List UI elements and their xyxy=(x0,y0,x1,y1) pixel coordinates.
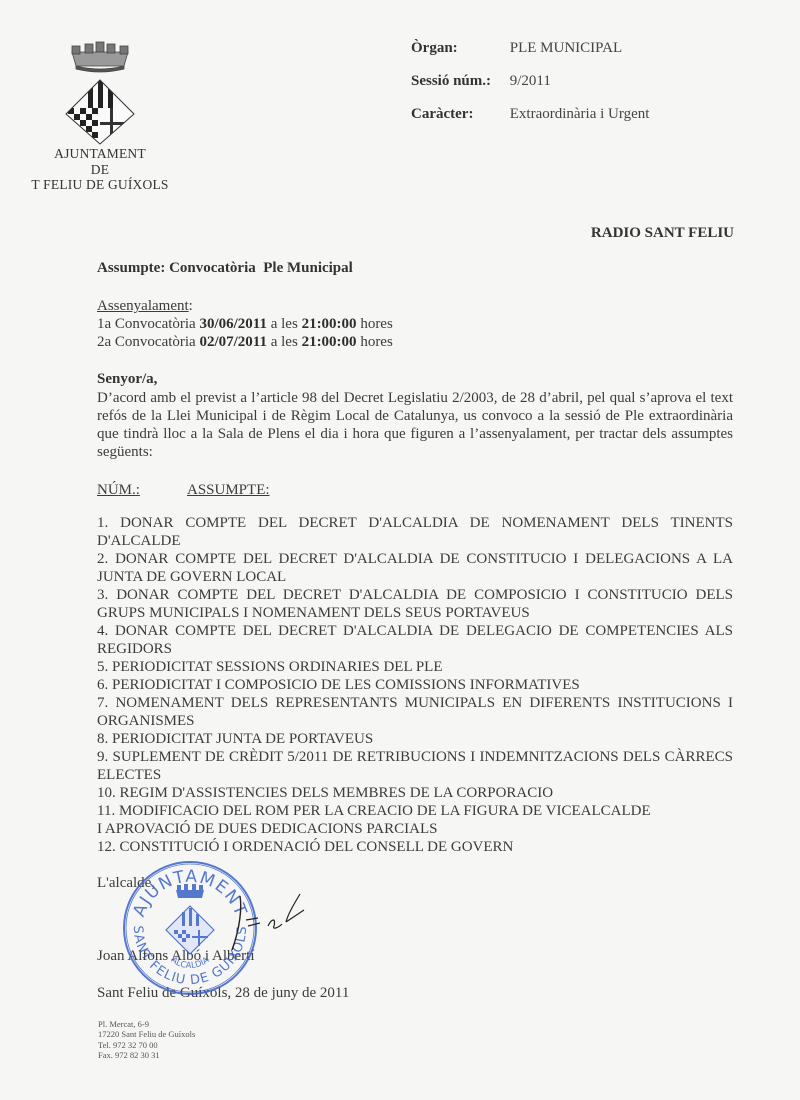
first-call-date: 30/06/2011 xyxy=(199,316,267,332)
session-row: Sessió núm.: 9/2011 xyxy=(411,71,649,104)
municipal-coat-of-arms-icon xyxy=(58,40,142,145)
agenda-col-num: NÚM.: xyxy=(97,482,140,498)
agenda-item: 9. SUPLEMENT DE CRÈDIT 5/2011 DE RETRIBU… xyxy=(97,748,733,784)
greeting: Senyor/a, xyxy=(97,371,157,388)
footer-address: Pl. Mercat, 6-9 17220 Sant Feliu de Guíx… xyxy=(98,1019,195,1060)
agenda-item: 11. MODIFICACIO DEL ROM PER LA CREACIO D… xyxy=(97,802,733,820)
scheduling-heading: Assenyalament: xyxy=(97,297,393,315)
agenda-item: 6. PERIODICITAT I COMPOSICIO DE LES COMI… xyxy=(97,676,733,694)
second-call: 2a Convocatòria 02/07/2011 a les 21:00:0… xyxy=(97,333,393,351)
agenda-item: 7. NOMENAMENT DELS REPRESENTANTS MUNICIP… xyxy=(97,694,733,730)
agenda-item: 3. DONAR COMPTE DEL DECRET D'ALCALDIA DE… xyxy=(97,586,733,622)
agenda-item: 12. CONSTITUCIÓ I ORDENACIÓ DEL CONSELL … xyxy=(97,838,733,856)
agenda-col-subject: ASSUMPTE: xyxy=(187,482,270,499)
second-call-date: 02/07/2011 xyxy=(199,334,267,350)
municipality-line: DE xyxy=(30,162,170,178)
subject-line: Assumpte: Convocatòria Ple Municipal xyxy=(97,260,353,277)
first-call-time: 21:00:00 xyxy=(302,316,357,332)
agenda-item-continuation: I APROVACIÓ DE DUES DEDICACIONS PARCIALS xyxy=(97,820,733,838)
character-row: Caràcter: Extraordinària i Urgent xyxy=(411,104,649,137)
character-label: Caràcter: xyxy=(411,104,506,124)
session-value: 9/2011 xyxy=(510,73,551,89)
agenda-item: 4. DONAR COMPTE DEL DECRET D'ALCALDIA DE… xyxy=(97,622,733,658)
character-value: Extraordinària i Urgent xyxy=(510,106,650,122)
body-paragraph: D’acord amb el previst a l’article 98 de… xyxy=(97,389,733,461)
municipality-line: T FELIU DE GUÍXOLS xyxy=(30,177,170,193)
agenda-item: 1. DONAR COMPTE DEL DECRET D'ALCALDIA DE… xyxy=(97,514,733,550)
agenda-item: 5. PERIODICITAT SESSIONS ORDINARIES DEL … xyxy=(97,658,733,676)
agenda-header: NÚM.: ASSUMPTE: xyxy=(97,482,140,499)
footer-line: Tel. 972 32 70 00 xyxy=(98,1040,195,1050)
svg-text:ALCALDIA: ALCALDIA xyxy=(169,955,211,971)
agenda-item: 10. REGIM D'ASSISTENCIES DELS MEMBRES DE… xyxy=(97,784,733,802)
agenda-list: 1. DONAR COMPTE DEL DECRET D'ALCALDIA DE… xyxy=(97,514,733,856)
organ-value: PLE MUNICIPAL xyxy=(510,40,622,56)
session-metadata: Òrgan: PLE MUNICIPAL Sessió núm.: 9/2011… xyxy=(411,38,649,137)
scheduling: Assenyalament: 1a Convocatòria 30/06/201… xyxy=(97,297,393,351)
municipality-name: AJUNTAMENT DE T FELIU DE GUÍXOLS xyxy=(30,146,170,193)
organ-label: Òrgan: xyxy=(411,38,506,58)
recipient: RADIO SANT FELIU xyxy=(591,225,734,242)
footer-line: Fax. 972 82 30 31 xyxy=(98,1050,195,1060)
organ-row: Òrgan: PLE MUNICIPAL xyxy=(411,38,649,71)
agenda-item: 8. PERIODICITAT JUNTA DE PORTAVEUS xyxy=(97,730,733,748)
first-call: 1a Convocatòria 30/06/2011 a les 21:00:0… xyxy=(97,315,393,333)
session-label: Sessió núm.: xyxy=(411,71,506,91)
second-call-time: 21:00:00 xyxy=(302,334,357,350)
municipality-line: AJUNTAMENT xyxy=(30,146,170,162)
footer-line: Pl. Mercat, 6-9 xyxy=(98,1019,195,1029)
agenda-item: 2. DONAR COMPTE DEL DECRET D'ALCALDIA DE… xyxy=(97,550,733,586)
footer-line: 17220 Sant Feliu de Guíxols xyxy=(98,1029,195,1039)
handwritten-signature-icon xyxy=(228,888,308,958)
